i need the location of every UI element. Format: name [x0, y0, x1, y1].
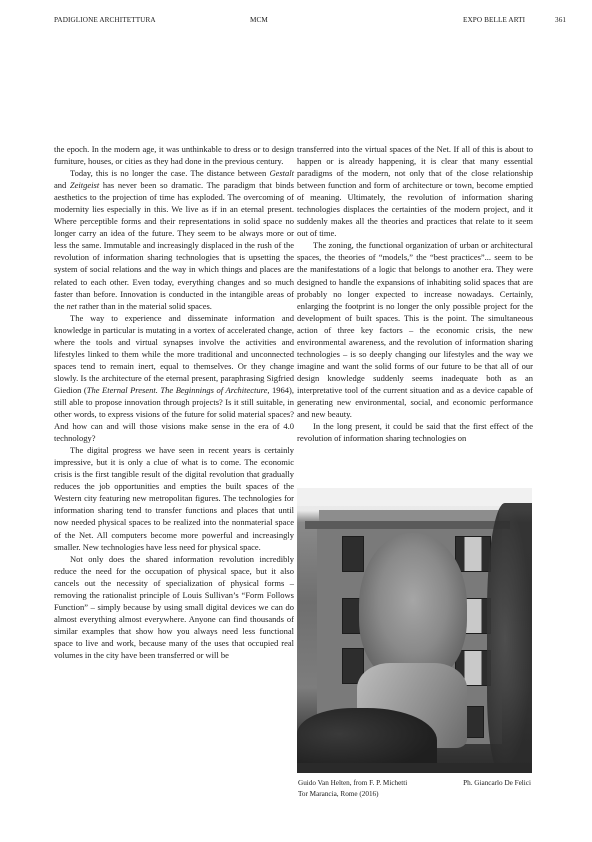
- paragraph-text: has never been so dramatic. The par­adig…: [54, 180, 294, 310]
- body-paragraph: The zoning, the functional organization …: [297, 239, 533, 420]
- mural-photograph: [297, 488, 532, 773]
- body-paragraph: The way to experience and disseminate in…: [54, 312, 294, 445]
- italic-text: Zeitgeist: [70, 180, 99, 190]
- body-paragraph: Today, this is no longer the case. The d…: [54, 167, 294, 312]
- paragraph-text: transferred into the virtual spaces of t…: [297, 144, 533, 238]
- page-number: 361: [555, 16, 566, 24]
- paragraph-text: The digital progress we have seen in rec…: [54, 445, 294, 551]
- left-text-column: the epoch. In the modern age, it was unt…: [54, 143, 294, 803]
- running-head-left: PADIGLIONE ARCHITETTURA: [54, 16, 156, 24]
- body-paragraph: Not only does the shared information rev…: [54, 553, 294, 661]
- photo-roof-eave: [305, 521, 510, 529]
- running-head-right: EXPO BELLE ARTI: [463, 16, 525, 24]
- photo-sky: [297, 488, 532, 506]
- paragraph-text: and: [54, 180, 70, 190]
- paragraph-text: rather than in the material solid spaces…: [77, 301, 212, 311]
- paragraph-text: Today, this is no longer the case. The d…: [70, 168, 269, 178]
- right-text-column: transferred into the virtual spaces of t…: [297, 143, 533, 444]
- body-paragraph: the epoch. In the modern age, it was unt…: [54, 143, 294, 167]
- paragraph-text: In the long present, it could be said th…: [297, 421, 533, 443]
- body-paragraph: The digital progress we have seen in rec…: [54, 444, 294, 552]
- italic-text: net: [67, 301, 77, 311]
- paragraph-text: The zoning, the functional organization …: [297, 240, 533, 419]
- paragraph-text: The way to experience and disseminate in…: [54, 313, 294, 395]
- photo-tree-right: [487, 503, 532, 773]
- running-head-center: MCM: [250, 16, 268, 24]
- italic-text: Gestalt: [269, 168, 294, 178]
- caption-location-line: Tor Marancia, Rome (2016): [298, 789, 458, 800]
- caption-artist-line: Guido Van Helten, from F. P. Michetti: [298, 778, 458, 789]
- body-paragraph: transferred into the virtual spaces of t…: [297, 143, 533, 239]
- photo-window-shutter: [342, 536, 364, 572]
- figure-caption-credit: Guido Van Helten, from F. P. Michetti To…: [298, 778, 458, 799]
- photo-ground: [297, 763, 532, 773]
- photo-window-open: [455, 536, 491, 572]
- photo-mural-face: [359, 533, 467, 683]
- body-paragraph: In the long present, it could be said th…: [297, 420, 533, 444]
- paragraph-text: Not only does the shared information rev…: [54, 554, 294, 660]
- paragraph-text: the epoch. In the modern age, it was unt…: [54, 144, 294, 166]
- figure-photographer-credit: Ph. Giancarlo De Felici: [451, 778, 531, 789]
- italic-text: The Eternal Present. The Beginnings of A…: [87, 385, 268, 395]
